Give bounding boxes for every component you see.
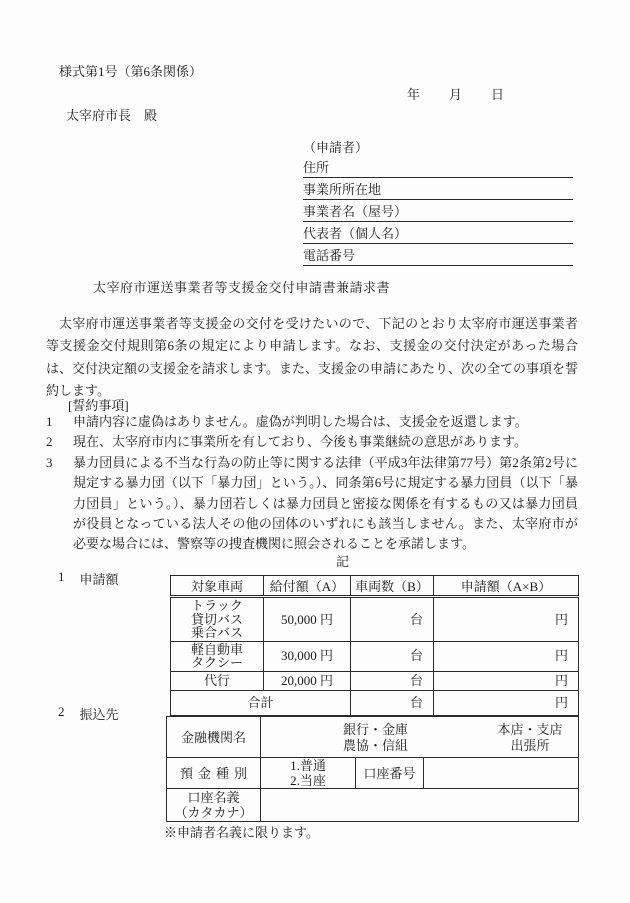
vehicle-cell: トラック 貸切バス 乗合バス: [171, 597, 264, 642]
account-holder-row: 口座名義 （カタカナ）: [167, 789, 579, 822]
pledge-item-3: 3 暴力団員による不当な行為の防止等に関する法律（平成3年法律第77号）第2条第…: [46, 453, 578, 555]
bank-name-fill-cell: 銀行・金庫 本店・支店 農協・信組 出張所: [261, 717, 579, 758]
deposit-type-row: 預金種別 1.普通 2.当座 口座番号: [167, 758, 579, 789]
count-fill-cell: 台: [351, 597, 434, 642]
bank-name-row: 金融機関名 銀行・金庫 本店・支店 農協・信組 出張所: [167, 717, 579, 758]
total-amount-fill-cell: 円: [434, 690, 579, 715]
benefit-cell: 20,000 円: [264, 671, 351, 690]
addressee: 太宰府市長 殿: [66, 105, 157, 124]
amount-table-header-row: 対象車両 給付額（A） 車両数（B） 申請額（A×B）: [171, 576, 579, 597]
pledge-item-number: 1: [46, 412, 73, 432]
applicant-field-label: 事業所所在地: [303, 179, 381, 198]
branch-type-options: 本店・支店: [486, 722, 574, 737]
ki-mark: 記: [336, 551, 349, 570]
section-transfer-label: 2 振込先: [58, 704, 119, 723]
applicant-field-office-location: 事業所所在地: [303, 178, 573, 200]
bank-name-label-cell: 金融機関名: [167, 717, 261, 758]
applicant-field-representative: 代表者（個人名）: [303, 222, 573, 244]
section-amount-label: 1 申請額: [58, 569, 119, 588]
benefit-cell: 50,000 円: [264, 597, 351, 642]
amount-table-row-bus-truck: トラック 貸切バス 乗合バス 50,000 円 台 円: [171, 597, 579, 642]
section-title: 申請額: [80, 569, 119, 588]
application-amount-table: 対象車両 給付額（A） 車両数（B） 申請額（A×B） トラック 貸切バス 乗合…: [170, 575, 579, 716]
account-holder-fill-cell: [261, 789, 579, 822]
applicant-field-phone: 電話番号: [303, 244, 573, 266]
total-count-fill-cell: 台: [351, 690, 434, 715]
amount-fill-cell: 円: [434, 641, 579, 671]
col-header-amount: 申請額（A×B）: [434, 576, 579, 597]
amount-fill-cell: 円: [434, 671, 579, 690]
count-fill-cell: 台: [351, 641, 434, 671]
amount-table-total-row: 合計 台 円: [171, 690, 579, 715]
amount-table-row-daiko: 代行 20,000 円 台 円: [171, 671, 579, 690]
date-line: 年 月 日: [407, 84, 505, 103]
amount-fill-cell: 円: [434, 597, 579, 642]
document-title: 太宰府市運送事業者等支援金交付申請書兼請求書: [93, 277, 390, 296]
section-number: 2: [58, 704, 65, 723]
applicant-heading: （申請者）: [303, 140, 573, 156]
col-header-benefit: 給付額（A）: [264, 576, 351, 597]
applicant-field-label: 住所: [303, 157, 329, 176]
col-header-vehicle: 対象車両: [171, 576, 264, 597]
applicant-field-label: 代表者（個人名）: [303, 223, 407, 242]
account-number-fill-cell: [424, 758, 579, 789]
applicant-field-address: 住所: [303, 156, 573, 178]
applicant-field-business-name: 事業者名（屋号）: [303, 200, 573, 222]
applicant-section: （申請者） 住所 事業所所在地 事業者名（屋号） 代表者（個人名） 電話番号: [303, 140, 573, 266]
bank-transfer-table: 金融機関名 銀行・金庫 本店・支店 農協・信組 出張所 預金種別 1.普通 2: [166, 716, 579, 822]
applicant-field-label: 電話番号: [303, 245, 355, 264]
pledge-list: 1 申請内容に虚偽はありません。虚偽が判明した場合は、支援金を返還します。 2 …: [46, 412, 578, 555]
bank-type-options: 農協・信組: [265, 738, 486, 753]
vehicle-cell: 軽自動車 タクシー: [171, 641, 264, 671]
document-page: 様式第1号（第6条関係） 年 月 日 太宰府市長 殿 （申請者） 住所 事業所所…: [0, 0, 630, 903]
bank-type-options: 銀行・金庫: [265, 722, 486, 737]
branch-type-options: 出張所: [486, 738, 574, 753]
deposit-type-label-cell: 預金種別: [167, 758, 261, 789]
section-number: 1: [58, 569, 65, 588]
vehicle-cell: 代行: [171, 671, 264, 690]
pledge-item-number: 2: [46, 432, 73, 452]
section-title: 振込先: [80, 704, 119, 723]
pledge-item-text: 申請内容に虚偽はありません。虚偽が判明した場合は、支援金を返還します。: [73, 412, 578, 432]
col-header-count: 車両数（B）: [351, 576, 434, 597]
applicant-field-label: 事業者名（屋号）: [303, 201, 407, 220]
amount-table-row-taxi: 軽自動車 タクシー 30,000 円 台 円: [171, 641, 579, 671]
benefit-cell: 30,000 円: [264, 641, 351, 671]
account-holder-label-cell: 口座名義 （カタカナ）: [167, 789, 261, 822]
form-number: 様式第1号（第6条関係）: [59, 61, 202, 80]
pledge-item-text: 現在、太宰府市内に事業所を有しており、今後も事業継続の意思があります。: [73, 432, 578, 452]
account-number-label-cell: 口座番号: [356, 758, 424, 789]
application-body-paragraph: 太宰府市運送事業者等支援金の交付を受けたいので、下記のとおり太宰府市運送事業者等…: [46, 313, 578, 403]
count-fill-cell: 台: [351, 671, 434, 690]
pledge-item-text: 暴力団員による不当な行為の防止等に関する法律（平成3年法律第77号）第2条第2号…: [73, 453, 578, 555]
pledge-item-2: 2 現在、太宰府市内に事業所を有しており、今後も事業継続の意思があります。: [46, 432, 578, 452]
total-label-cell: 合計: [171, 690, 351, 715]
note-applicant-name-only: ※申請者名義に限ります。: [164, 822, 319, 841]
pledge-item-number: 3: [46, 453, 73, 555]
pledge-item-1: 1 申請内容に虚偽はありません。虚偽が判明した場合は、支援金を返還します。: [46, 412, 578, 432]
deposit-type-options-cell: 1.普通 2.当座: [261, 758, 356, 789]
